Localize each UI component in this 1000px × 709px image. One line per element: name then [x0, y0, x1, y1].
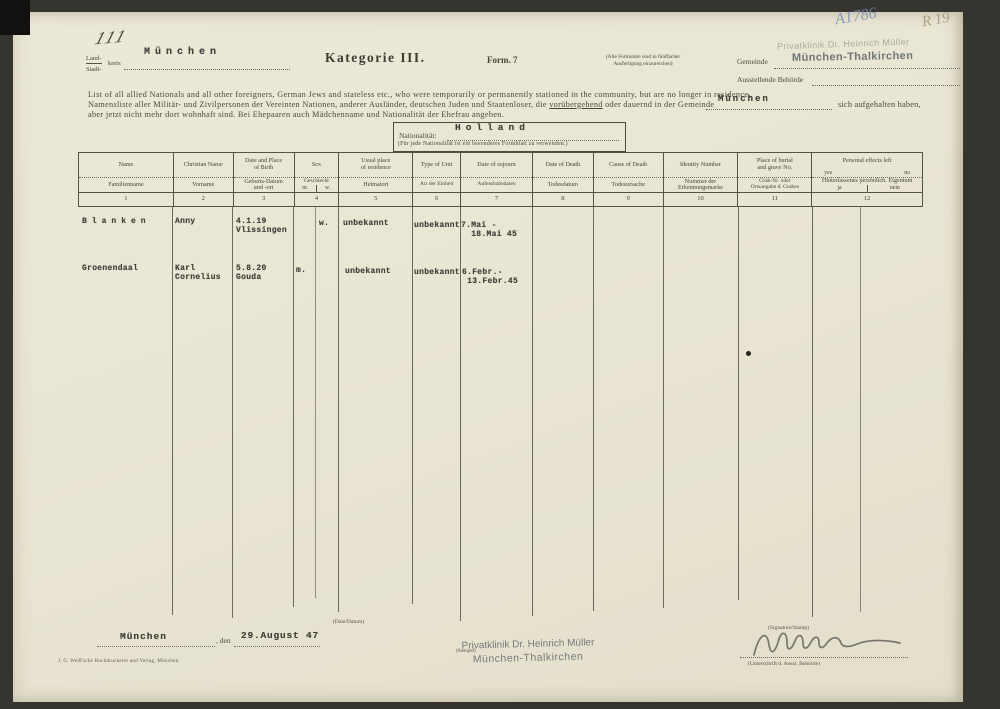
footer-date-line — [234, 645, 320, 647]
footer-typed-place: München — [120, 632, 167, 641]
table-header: Name Familienname 1 Christian Name Vorna… — [78, 152, 923, 207]
effects-de-text: Hinterlassenes persönlich. Eigentum — [812, 178, 922, 185]
column-de-label: Hinterlassenes persönlich. Eigentum jane… — [812, 178, 922, 192]
row1-birth: 4.1.19 Vlissingen — [236, 217, 287, 235]
column-en-label: Date of sojourn — [461, 153, 532, 178]
footer-place-line — [97, 645, 215, 647]
nationality-label: Nationalität: — [399, 131, 437, 140]
row1-first-names: Anny — [175, 217, 195, 226]
column-de-label: Nummer der Erkennungsmarke — [664, 178, 738, 192]
row2-birth: 5.8.20 Gouda — [236, 264, 267, 282]
table-column-line — [315, 207, 316, 598]
column-de-label: Aufenthaltsdaten — [461, 178, 532, 192]
table-column-line — [460, 207, 461, 621]
signature-scribble — [748, 626, 908, 660]
intro-german-tail: sich aufgehalten haben, — [838, 100, 921, 109]
row2-unit: unbekannt — [414, 268, 460, 277]
column-header-sojourn: Date of sojourn Aufenthaltsdaten 7 — [460, 153, 532, 206]
scanned-form-page: A1786 R 19 111 München Land- Stadt- krei… — [0, 0, 1000, 709]
table-column-line — [663, 207, 664, 608]
effects-janein-subheader: janein — [812, 185, 922, 192]
table-column-line — [812, 207, 813, 617]
intro-english-line: List of all allied Nationals and all oth… — [88, 90, 751, 99]
table-column-line — [593, 207, 594, 611]
column-header-name: Name Familienname 1 — [79, 153, 173, 206]
column-header-identity-number: Identity Number Nummer der Erkennungsmar… — [663, 153, 738, 206]
gemeinde-dotted-line — [774, 67, 960, 69]
column-header-christian-name: Christian Name Vorname 2 — [173, 153, 233, 206]
column-number: 9 — [594, 192, 663, 204]
den-label: , den — [216, 636, 231, 645]
column-de-label: Todesdatum — [533, 178, 593, 192]
behoerde-dotted-line — [812, 84, 960, 86]
column-en-label: Personal effects left yes no — [812, 153, 922, 178]
nationality-typed-value: Holland — [455, 123, 530, 132]
column-header-sex: Sex Geschlecht m.w. 4 — [294, 153, 339, 206]
row1-residence: unbekannt — [343, 219, 389, 228]
column-en-label: Date and Place of Birth — [234, 153, 294, 178]
kreis-label: kreis — [108, 60, 121, 67]
column-en-label: Christian Name — [174, 153, 233, 178]
column-number: 3 — [234, 192, 294, 204]
row1-surname: Blanken — [82, 217, 151, 226]
column-number: 5 — [339, 192, 412, 204]
column-header-burial: Place of burial and grave No. Grab-Nr. o… — [737, 153, 811, 206]
intro-de-underlined: vorübergehend — [549, 100, 603, 109]
column-header-death-date: Date of Death Todesdatum 8 — [532, 153, 593, 206]
effects-ja-label: ja — [812, 185, 866, 192]
column-header-birth: Date and Place of Birth Geburts-Datum un… — [233, 153, 294, 206]
intro-dotted-filler — [706, 108, 832, 110]
column-de-label: Vorname — [174, 178, 233, 192]
table-column-line — [738, 207, 739, 600]
intro-german-line2: aber jetzt nicht mehr dort wohnhaft sind… — [88, 110, 504, 119]
column-number: 12 — [812, 192, 922, 204]
row2-surname: Groenendaal — [82, 264, 138, 273]
column-de-label: Familienname — [79, 178, 173, 192]
row2-first-names: Karl Cornelius — [175, 264, 221, 282]
table-column-line — [412, 207, 413, 604]
nationality-note: (Für jede Nationalität ist ein besondere… — [398, 141, 568, 147]
column-header-personal-effects: Personal effects left yes no Hinterlasse… — [811, 153, 922, 206]
category-title: Kategorie III. — [325, 50, 425, 66]
column-en-label: Sex — [295, 153, 339, 178]
column-de-label: Todesursache — [594, 178, 663, 192]
effects-en-text: Personal effects left — [812, 153, 922, 170]
effects-yesno-subheader: yes no — [812, 170, 922, 177]
column-en-label: Type of Unit — [413, 153, 460, 178]
table-column-line — [293, 207, 294, 607]
column-de-label: Art der Einheit — [413, 178, 460, 192]
kreis-typed-value: München — [144, 48, 221, 57]
sex-subheader: m.w. — [295, 185, 339, 192]
column-number: 7 — [461, 192, 532, 204]
row2-residence: unbekannt — [345, 267, 391, 276]
gemeinde-label: Gemeinde — [737, 57, 768, 66]
table-column-line — [860, 207, 861, 612]
row1-sojourn: 7.Mai - 18.Mai 45 — [461, 221, 517, 239]
land-label: Land- — [86, 55, 102, 64]
column-de-label-text: Geschlecht — [295, 178, 339, 185]
column-en-label: Place of burial and grave No. — [738, 153, 811, 178]
column-de-label: Grab-Nr. oder Ortsangabe d. Grabes — [738, 178, 811, 192]
effects-nein-label: nein — [867, 185, 922, 192]
column-en-label: Cause of Death — [594, 153, 663, 178]
row2-sojourn: 6.Febr.- 13.Febr.45 — [462, 268, 518, 286]
kreis-dotted-line — [124, 68, 290, 70]
intro-german-line1: Namensliste aller Militär- und Zivilpers… — [88, 100, 714, 109]
column-en-label: Usual place of residence — [339, 153, 412, 178]
copies-note: (Alle Formulare sind in fünffacher Ausfe… — [592, 54, 694, 69]
column-en-label: Date of Death — [533, 153, 593, 178]
row2-sex: m. — [296, 266, 306, 275]
table-column-line — [338, 207, 339, 612]
scan-corner-notch — [0, 0, 30, 35]
column-header-unit: Type of Unit Art der Einheit 6 — [412, 153, 460, 206]
column-header-residence: Usual place of residence Heimatort 5 — [338, 153, 412, 206]
column-header-death-cause: Cause of Death Todesursache 9 — [593, 153, 663, 206]
gemeinde-stamp-value: München-Thalkirchen — [792, 50, 913, 64]
column-number: 11 — [738, 192, 811, 204]
column-en-label: Name — [79, 153, 173, 178]
column-de-label: Heimatort — [339, 178, 412, 192]
column-number: 8 — [533, 192, 593, 204]
form-label: Form. 7 — [487, 55, 518, 65]
footer-typed-date: 29.August 47 — [241, 631, 319, 640]
stadt-label: Stadt- — [86, 66, 102, 73]
ink-stain — [746, 351, 751, 356]
intro-de-part-a: Namensliste aller Militär- und Zivilpers… — [88, 100, 549, 109]
sex-m-label: m. — [295, 185, 316, 192]
signature-caption-bottom: (Unterschrift d. Ausst. Behörde) — [748, 661, 820, 667]
signature-line — [740, 656, 908, 658]
table-column-line — [232, 207, 233, 618]
row1-unit: unbekannt — [414, 221, 460, 230]
column-number: 1 — [79, 192, 173, 204]
column-number: 6 — [413, 192, 460, 204]
date-caption: (Date/Datum) — [333, 619, 364, 625]
table-column-line — [532, 207, 533, 616]
column-de-label: Geburts-Datum und -ort — [234, 178, 294, 192]
column-en-label: Identity Number — [664, 153, 738, 178]
effects-yes-label: yes — [824, 170, 832, 177]
intro-de-part-b: oder dauernd in der Gemeinde — [603, 100, 715, 109]
column-number: 2 — [174, 192, 233, 204]
table-column-line — [172, 207, 173, 615]
row1-sex: w. — [319, 219, 329, 228]
inserted-typed-gemeinde: München — [718, 95, 770, 104]
sex-w-label: w. — [316, 185, 338, 192]
column-number: 10 — [664, 192, 738, 204]
printer-imprint: J. G. Weiß'sche Buchdruckerei und Verlag… — [58, 659, 180, 664]
column-number: 4 — [295, 192, 339, 204]
behoerde-label: Ausstellende Behörde — [737, 75, 803, 84]
column-de-label: Geschlecht m.w. — [295, 178, 339, 192]
effects-no-label: no — [904, 170, 910, 177]
